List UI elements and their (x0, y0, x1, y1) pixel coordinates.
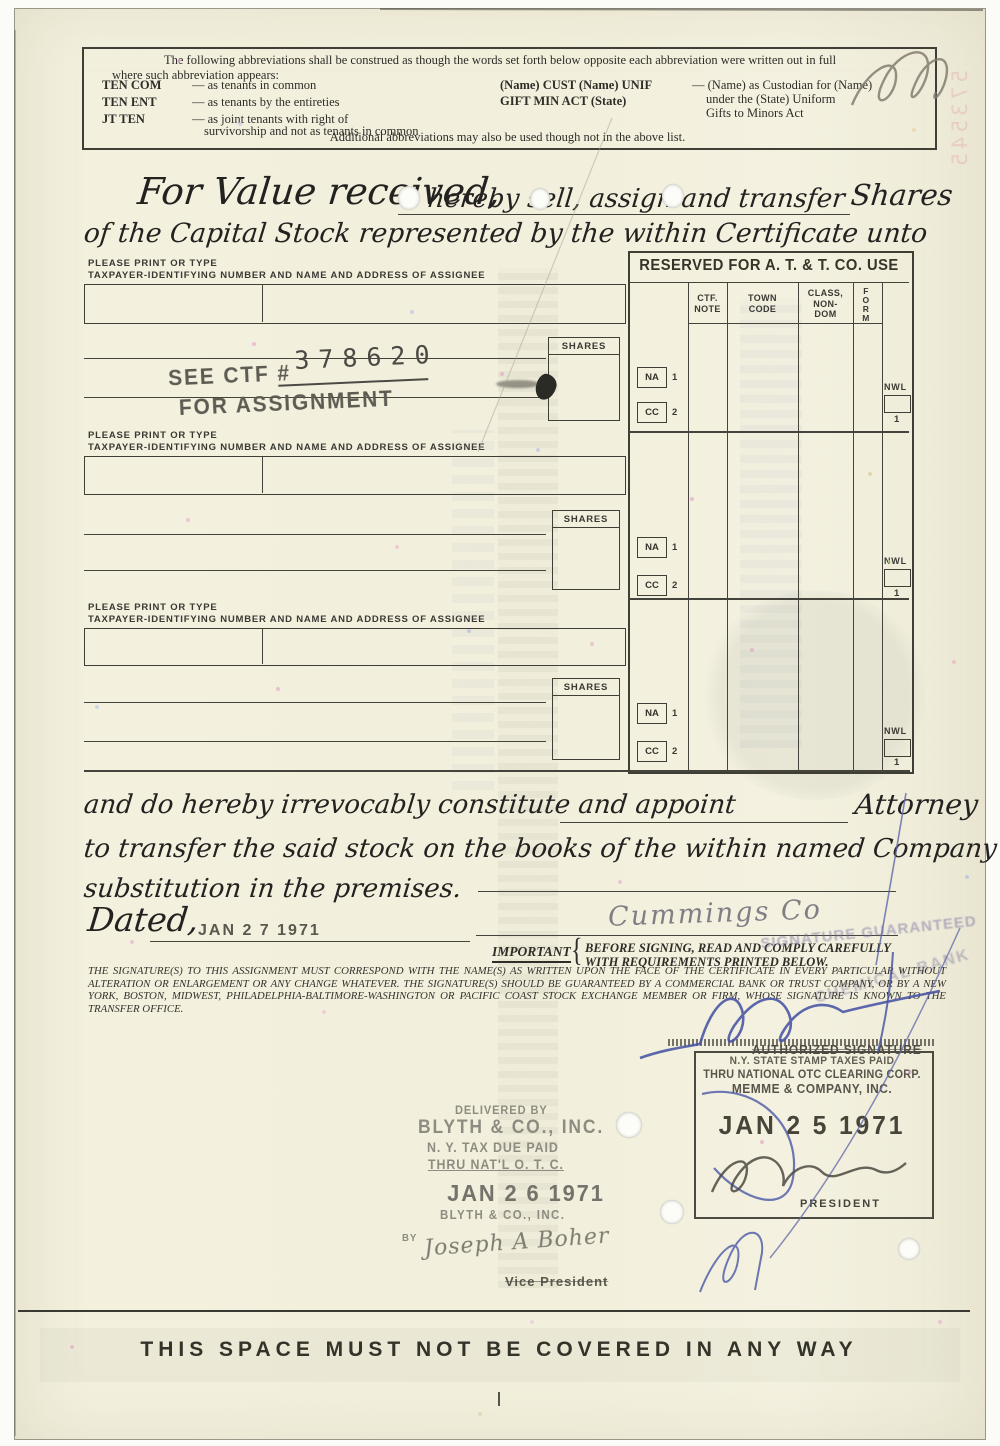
guarantor-signature-ink (640, 991, 940, 1058)
blue-diagonal-2 (770, 928, 960, 1258)
punch-hole-1 (398, 186, 420, 210)
blue-bottom-loops (700, 1233, 762, 1292)
blue-diagonal-1 (876, 793, 906, 965)
punch-hole-3 (662, 184, 684, 208)
paper-edge-top (380, 9, 983, 10)
president-signature-ink (712, 1157, 906, 1192)
certificate-back-scan: 573545 The following abbreviations shall… (0, 0, 1000, 1446)
punch-hole-5 (660, 1200, 684, 1224)
ink-marks-overlay (0, 0, 1000, 1446)
scratch-line (478, 118, 612, 452)
punch-hole-4 (616, 1112, 642, 1138)
punch-hole-6 (898, 1238, 920, 1260)
pencil-scribble (852, 52, 947, 105)
punch-hole-2 (530, 188, 550, 210)
